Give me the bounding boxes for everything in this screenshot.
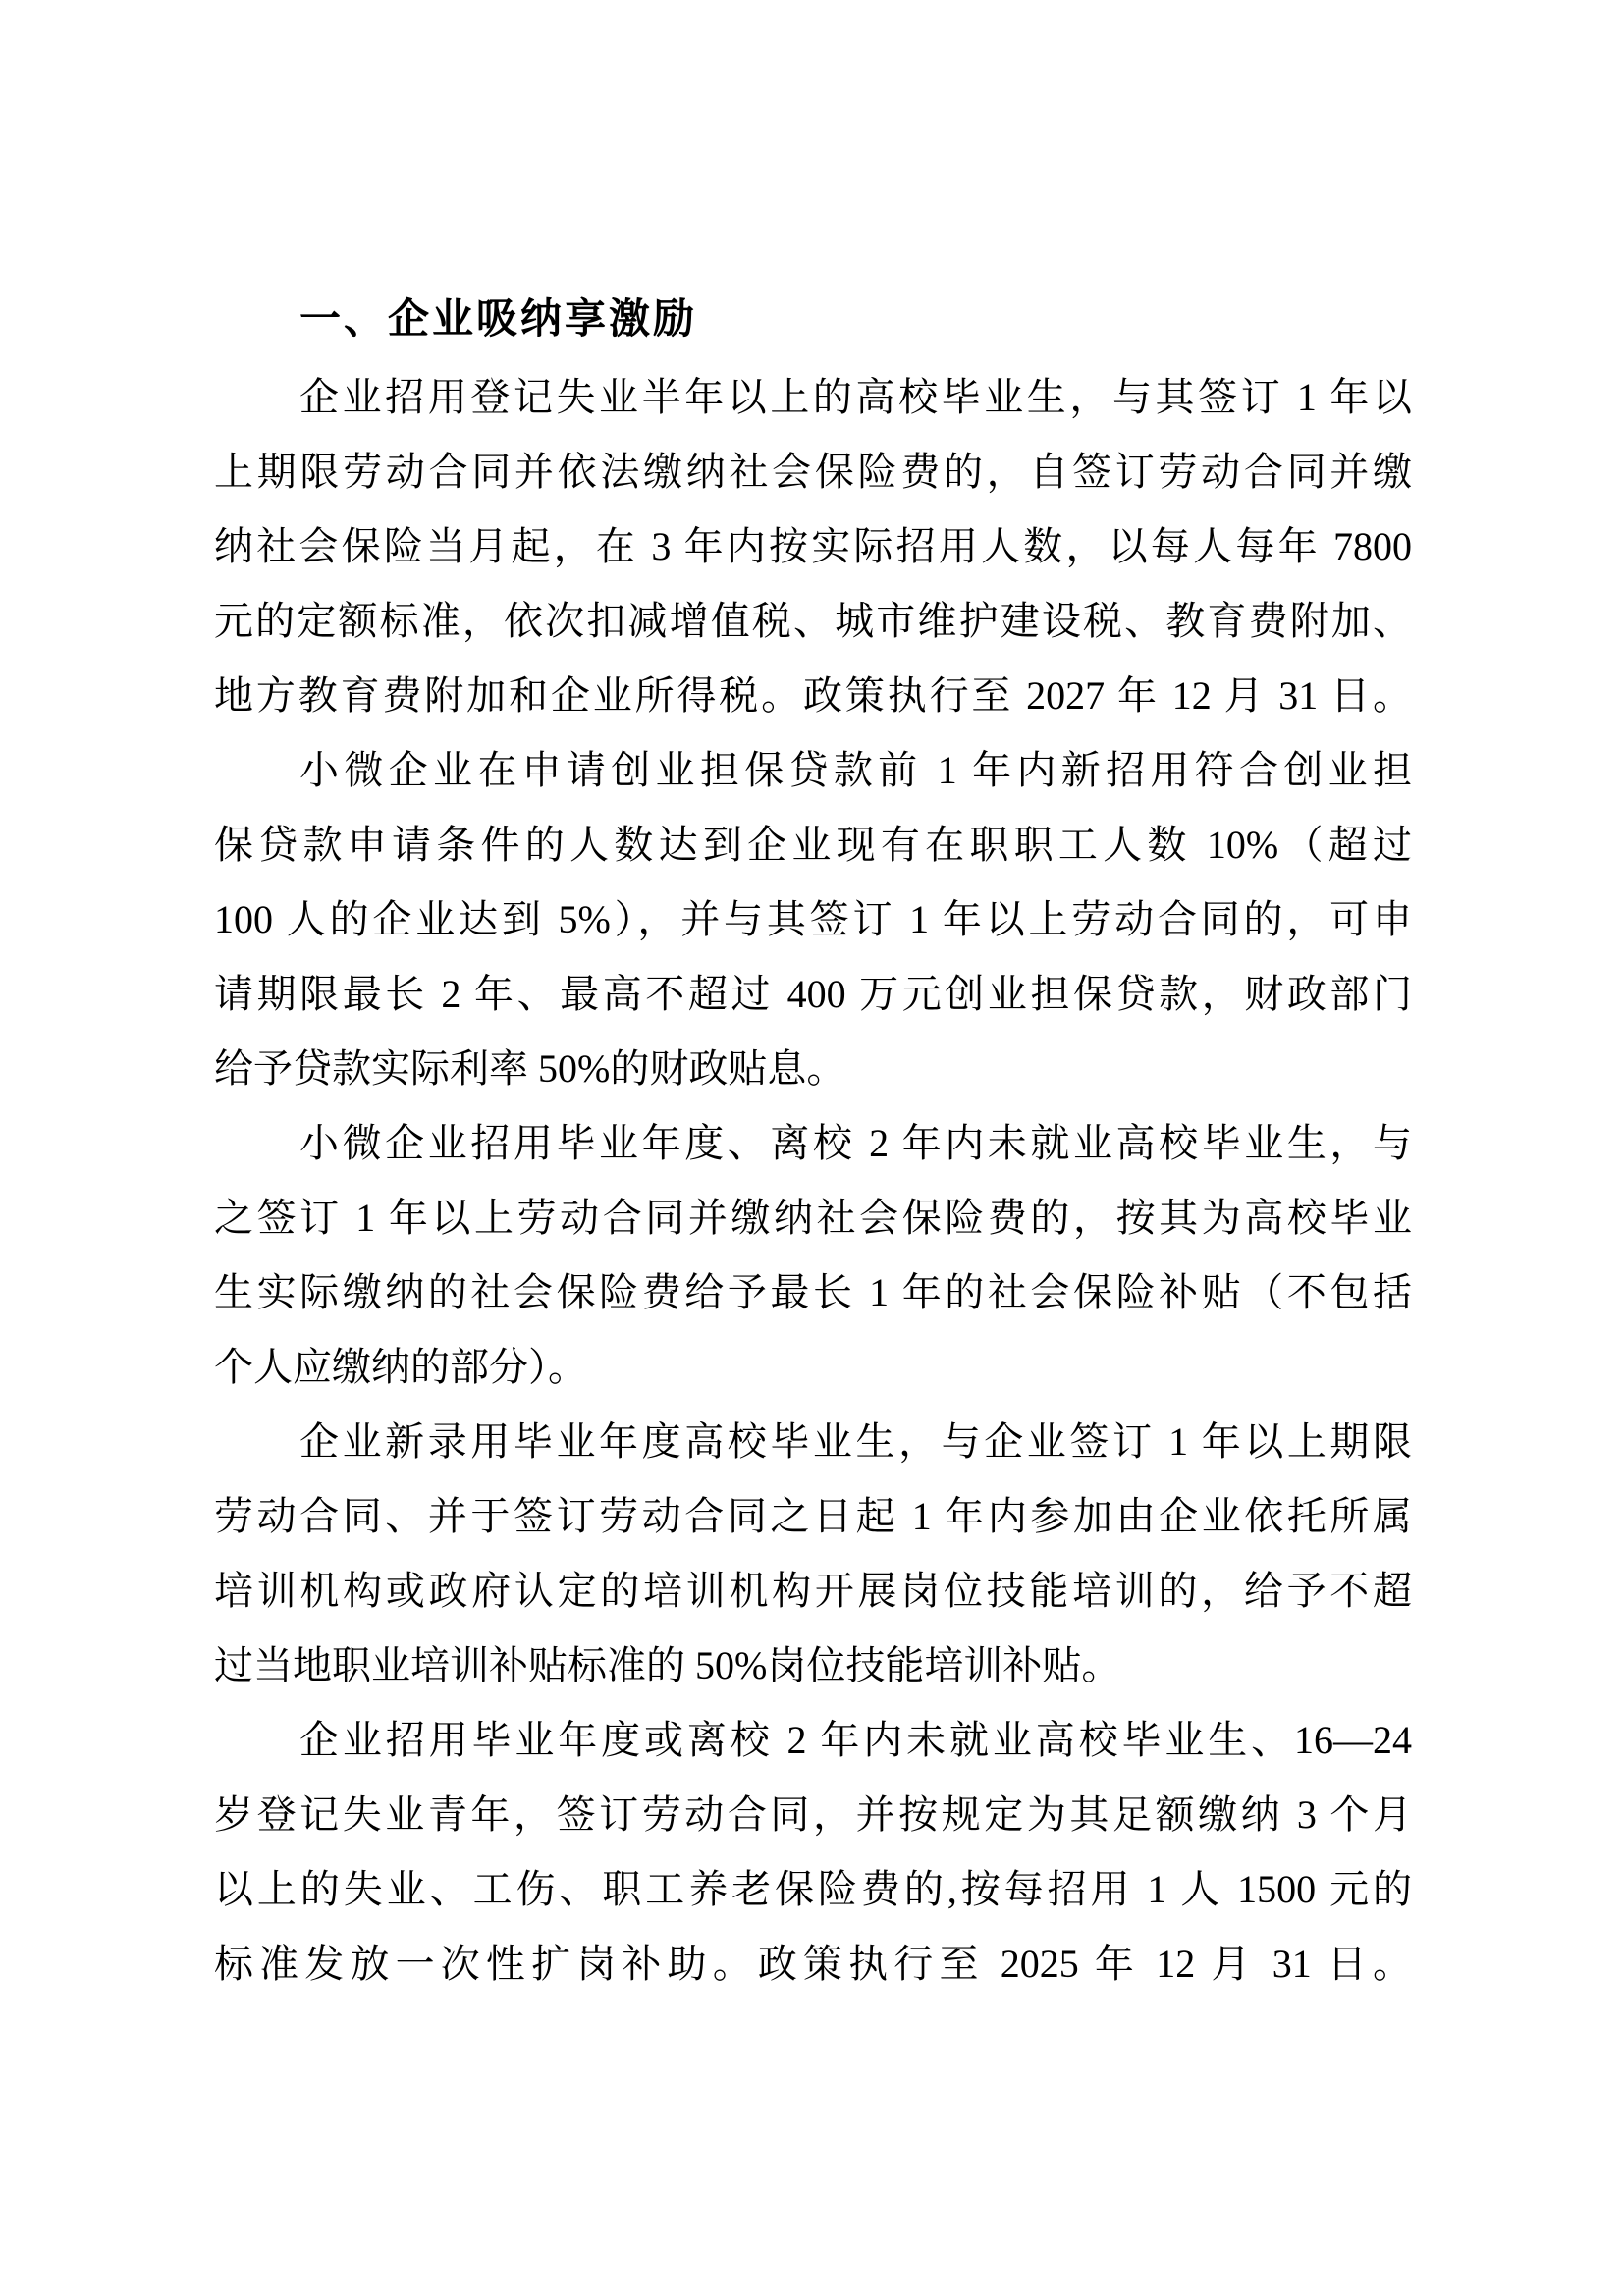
- text-line: 保贷款申请条件的人数达到企业现有在职职工人数 10%（超过: [214, 808, 1412, 882]
- text-line: 过当地职业培训补贴标准的 50%岗位技能培训补贴。: [214, 1629, 1412, 1703]
- document-content: 一、企业吸纳享激励 企业招用登记失业半年以上的高校毕业生，与其签订 1 年以上期…: [214, 278, 1412, 2002]
- text-line: 上期限劳动合同并依法缴纳社会保险费的，自签订劳动合同并缴: [214, 435, 1412, 509]
- text-line: 劳动合同、并于签订劳动合同之日起 1 年内参加由企业依托所属: [214, 1479, 1412, 1554]
- text-line: 请期限最长 2 年、最高不超过 400 万元创业担保贷款，财政部门: [214, 957, 1412, 1032]
- text-line: 小微企业招用毕业年度、离校 2 年内未就业高校毕业生，与: [214, 1106, 1412, 1181]
- text-line: 给予贷款实际利率 50%的财政贴息。: [214, 1032, 1412, 1106]
- paragraph: 企业招用登记失业半年以上的高校毕业生，与其签订 1 年以上期限劳动合同并依法缴纳…: [214, 360, 1412, 733]
- text-line: 岁登记失业青年，签订劳动合同，并按规定为其足额缴纳 3 个月: [214, 1778, 1412, 1852]
- text-line: 生实际缴纳的社会保险费给予最长 1 年的社会保险补贴（不包括: [214, 1255, 1412, 1330]
- paragraph: 企业新录用毕业年度高校毕业生，与企业签订 1 年以上期限劳动合同、并于签订劳动合…: [214, 1405, 1412, 1703]
- paragraphs: 企业招用登记失业半年以上的高校毕业生，与其签订 1 年以上期限劳动合同并依法缴纳…: [214, 360, 1412, 2002]
- text-line: 地方教育费附加和企业所得税。政策执行至 2027 年 12 月 31 日。: [214, 659, 1412, 733]
- text-line: 个人应缴纳的部分）。: [214, 1330, 1412, 1405]
- text-line: 以上的失业、工伤、职工养老保险费的,按每招用 1 人 1500 元的: [214, 1852, 1412, 1927]
- text-line: 企业招用毕业年度或离校 2 年内未就业高校毕业生、16—24: [214, 1703, 1412, 1778]
- paragraph: 小微企业招用毕业年度、离校 2 年内未就业高校毕业生，与之签订 1 年以上劳动合…: [214, 1106, 1412, 1405]
- text-line: 培训机构或政府认定的培训机构开展岗位技能培训的，给予不超: [214, 1554, 1412, 1629]
- document-page: 一、企业吸纳享激励 企业招用登记失业半年以上的高校毕业生，与其签订 1 年以上期…: [0, 0, 1624, 2296]
- section-heading: 一、企业吸纳享激励: [214, 278, 1412, 360]
- paragraph: 企业招用毕业年度或离校 2 年内未就业高校毕业生、16—24岁登记失业青年，签订…: [214, 1703, 1412, 2002]
- text-line: 100 人的企业达到 5%），并与其签订 1 年以上劳动合同的，可申: [214, 882, 1412, 957]
- text-line: 纳社会保险当月起，在 3 年内按实际招用人数，以每人每年 7800: [214, 509, 1412, 584]
- text-line: 之签订 1 年以上劳动合同并缴纳社会保险费的，按其为高校毕业: [214, 1181, 1412, 1255]
- text-line: 企业新录用毕业年度高校毕业生，与企业签订 1 年以上期限: [214, 1405, 1412, 1479]
- text-line: 小微企业在申请创业担保贷款前 1 年内新招用符合创业担: [214, 733, 1412, 808]
- text-line: 标准发放一次性扩岗补助。政策执行至 2025 年 12 月 31 日。: [214, 1927, 1412, 2002]
- text-line: 元的定额标准，依次扣减增值税、城市维护建设税、教育费附加、: [214, 584, 1412, 659]
- paragraph: 小微企业在申请创业担保贷款前 1 年内新招用符合创业担保贷款申请条件的人数达到企…: [214, 733, 1412, 1106]
- text-line: 企业招用登记失业半年以上的高校毕业生，与其签订 1 年以: [214, 360, 1412, 435]
